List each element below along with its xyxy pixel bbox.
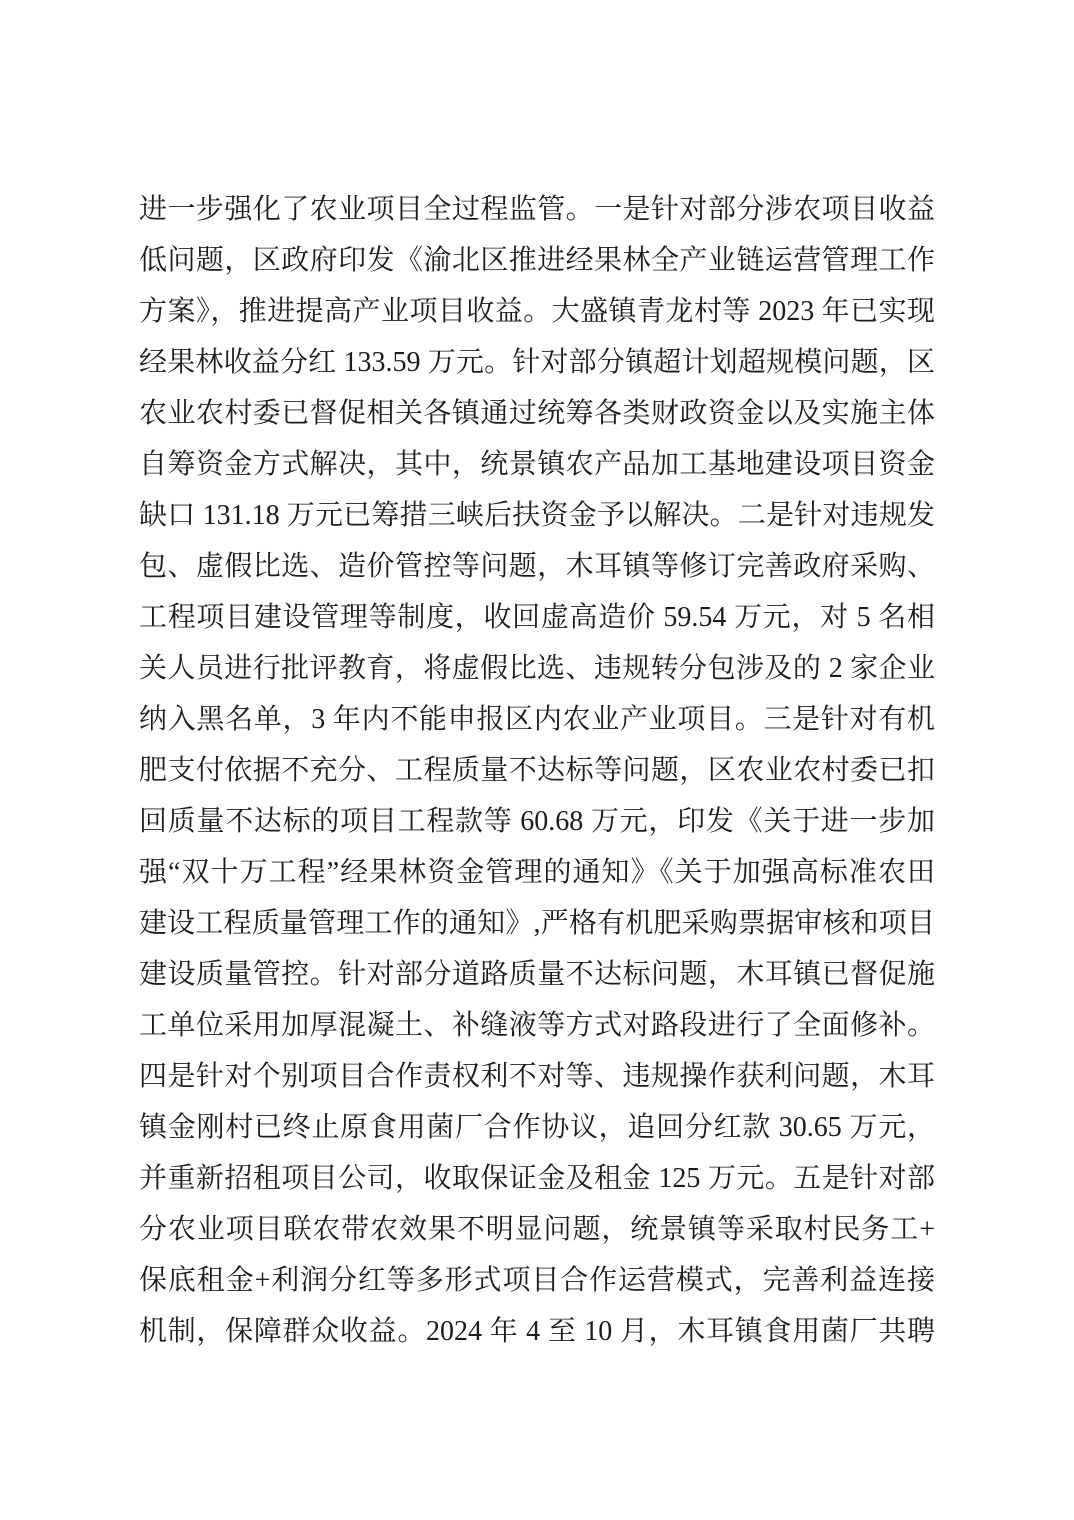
text-line: 工程项目建设管理等制度，收回虚高造价 59.54 万元，对 5 名相: [139, 592, 935, 643]
text-line: 肥支付依据不充分、工程质量不达标等问题，区农业农村委已扣: [139, 745, 935, 796]
text-line: 分农业项目联农带农效果不明显问题，统景镇等采取村民务工+: [139, 1204, 935, 1255]
text-line: 机制，保障群众收益。2024 年 4 至 10 月，木耳镇食用菌厂共聘: [139, 1306, 935, 1357]
text-line: 强“双十万工程”经果林资金管理的通知》《关于加强高标准农田: [139, 847, 935, 898]
text-line: 纳入黑名单，3 年内不能申报区内农业产业项目。三是针对有机: [139, 694, 935, 745]
text-line: 包、虚假比选、造价管控等问题，木耳镇等修订完善政府采购、: [139, 541, 935, 592]
text-line: 进一步强化了农业项目全过程监管。一是针对部分涉农项目收益: [139, 184, 935, 235]
text-line: 缺口 131.18 万元已筹措三峡后扶资金予以解决。二是针对违规发: [139, 490, 935, 541]
text-line: 经果林收益分红 133.59 万元。针对部分镇超计划超规模问题，区: [139, 337, 935, 388]
text-line: 四是针对个别项目合作责权利不对等、违规操作获利问题，木耳: [139, 1051, 935, 1102]
text-line: 建设质量管控。针对部分道路质量不达标问题，木耳镇已督促施: [139, 949, 935, 1000]
text-line: 工单位采用加厚混凝土、补缝液等方式对路段进行了全面修补。: [139, 1000, 935, 1051]
text-line: 自筹资金方式解决，其中，统景镇农产品加工基地建设项目资金: [139, 439, 935, 490]
text-line: 回质量不达标的项目工程款等 60.68 万元，印发《关于进一步加: [139, 796, 935, 847]
text-line: 农业农村委已督促相关各镇通过统筹各类财政资金以及实施主体: [139, 388, 935, 439]
text-line: 镇金刚村已终止原食用菌厂合作协议，追回分红款 30.65 万元，: [139, 1102, 935, 1153]
paragraph-continuation: 进一步强化了农业项目全过程监管。一是针对部分涉农项目收益低问题，区政府印发《渝北…: [139, 184, 935, 1357]
text-line: 建设工程质量管理工作的通知》,严格有机肥采购票据审核和项目: [139, 898, 935, 949]
text-line: 低问题，区政府印发《渝北区推进经果林全产业链运营管理工作: [139, 235, 935, 286]
text-line: 方案》，推进提高产业项目收益。大盛镇青龙村等 2023 年已实现: [139, 286, 935, 337]
text-line: 并重新招租项目公司，收取保证金及租金 125 万元。五是针对部: [139, 1153, 935, 1204]
text-line: 关人员进行批评教育，将虚假比选、违规转分包涉及的 2 家企业: [139, 643, 935, 694]
document-page: 进一步强化了农业项目全过程监管。一是针对部分涉农项目收益低问题，区政府印发《渝北…: [0, 0, 1074, 1520]
text-line: 保底租金+利润分红等多形式项目合作运营模式，完善利益连接: [139, 1255, 935, 1306]
